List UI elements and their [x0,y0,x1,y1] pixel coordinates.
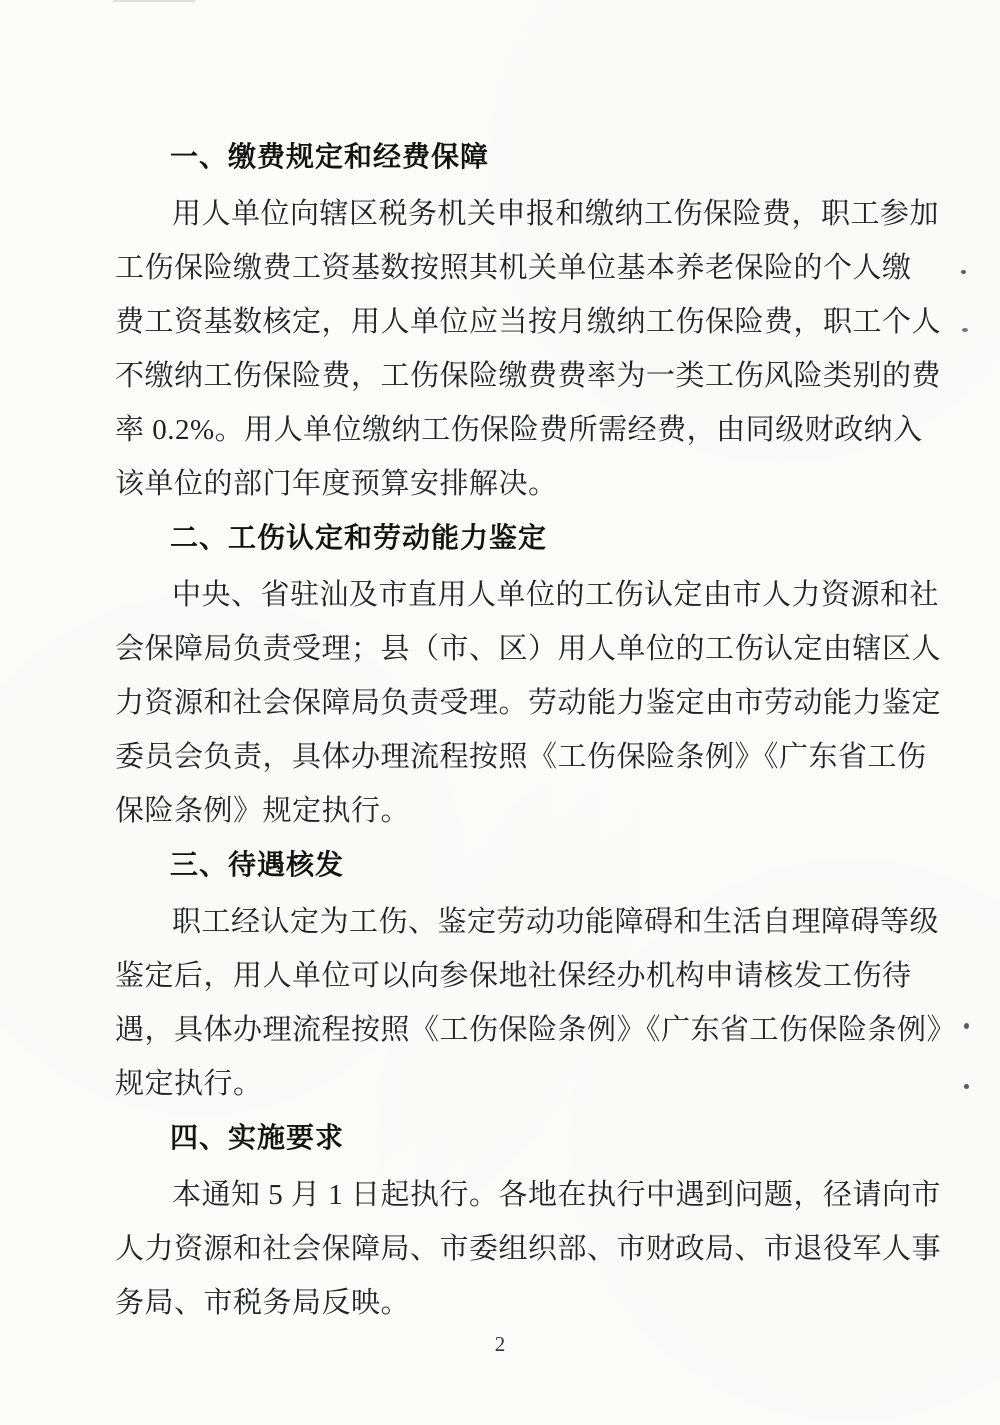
scan-speck [962,328,968,332]
text-line: 力资源和社会保障局负责受理。劳动能力鉴定由市劳动能力鉴定 [115,686,887,740]
text-line: 保险条例》规定执行。 [115,794,887,848]
section-heading: 四、实施要求 [115,1121,887,1175]
section-fee-rules: 一、缴费规定和经费保障 用人单位向辖区税务机关申报和缴纳工伤保险费，职工参加 工… [115,140,887,521]
text-line: 本通知 5 月 1 日起执行。各地在执行中遇到问题，径请向市 [115,1178,887,1232]
scan-smudge [113,0,195,2]
section-heading: 二、工伤认定和劳动能力鉴定 [115,521,887,575]
scan-speck [961,270,966,274]
section-injury-determination: 二、工伤认定和劳动能力鉴定 中央、省驻汕及市直用人单位的工伤认定由市人力资源和社… [115,521,887,848]
text-line: 会保障局负责受理；县（市、区）用人单位的工伤认定由辖区人 [115,632,887,686]
text-line: 用人单位向辖区税务机关申报和缴纳工伤保险费，职工参加 [115,197,887,251]
text-line: 人力资源和社会保障局、市委组织部、市财政局、市退役军人事 [115,1232,887,1286]
text-line: 职工经认定为工伤、鉴定劳动功能障碍和生活自理障碍等级 [115,905,887,959]
text-line: 该单位的部门年度预算安排解决。 [115,467,887,521]
text-line: 遇，具体办理流程按照《工伤保险条例》《广东省工伤保险条例》 [115,1013,887,1067]
text-line: 不缴纳工伤保险费，工伤保险缴费费率为一类工伤风险类别的费 [115,359,887,413]
text-line: 费工资基数核定，用人单位应当按月缴纳工伤保险费，职工个人 [115,305,887,359]
section-implementation: 四、实施要求 本通知 5 月 1 日起执行。各地在执行中遇到问题，径请向市 人力… [115,1121,887,1340]
text-line: 规定执行。 [115,1067,887,1121]
document-page: 一、缴费规定和经费保障 用人单位向辖区税务机关申报和缴纳工伤保险费，职工参加 工… [0,0,1000,1425]
document-content: 一、缴费规定和经费保障 用人单位向辖区税务机关申报和缴纳工伤保险费，职工参加 工… [115,140,887,1340]
section-heading: 一、缴费规定和经费保障 [115,140,887,194]
text-line: 工伤保险缴费工资基数按照其机关单位基本养老保险的个人缴 [115,251,887,305]
text-line: 鉴定后，用人单位可以向参保地社保经办机构申请核发工伤待 [115,959,887,1013]
section-benefit-issuance: 三、待遇核发 职工经认定为工伤、鉴定劳动功能障碍和生活自理障碍等级 鉴定后，用人… [115,848,887,1121]
scan-speck [964,1084,969,1089]
scan-speck [964,1023,969,1029]
page-number: 2 [0,1332,1000,1357]
text-line: 委员会负责，具体办理流程按照《工伤保险条例》《广东省工伤 [115,740,887,794]
text-line: 率 0.2%。用人单位缴纳工伤保险费所需经费，由同级财政纳入 [115,413,887,467]
section-heading: 三、待遇核发 [115,848,887,902]
text-line: 中央、省驻汕及市直用人单位的工伤认定由市人力资源和社 [115,578,887,632]
